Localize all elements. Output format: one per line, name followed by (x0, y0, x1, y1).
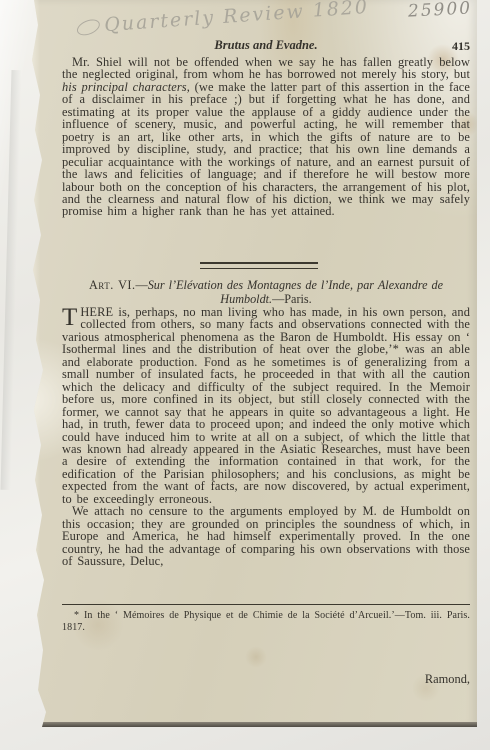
scanned-page: Quarterly Review 1820 25900 Brutus and E… (28, 0, 477, 727)
article-dash: — (136, 278, 148, 292)
paragraph-brutus-evadne: Mr. Shiel will not be offended when we s… (62, 56, 470, 218)
paragraph-no-censure: We attach no censure to the arguments em… (62, 505, 470, 567)
article-place: —Paris. (272, 292, 312, 306)
pencil-flourish-mark (75, 16, 102, 38)
paragraph1-post: , (we make the latter part of this asser… (62, 80, 470, 219)
page-number: 415 (62, 39, 470, 54)
article-number-label: Art. VI. (89, 278, 136, 292)
footnote-rule (62, 604, 470, 605)
pencil-inscription-title: Quarterly Review 1820 (76, 0, 370, 38)
article-body: THERE is, perhaps, no man living who has… (62, 306, 470, 568)
backing-sheet-streak (1, 70, 22, 490)
article-heading: Art. VI.—Sur l’Elévation des Montagnes d… (62, 279, 470, 306)
drop-cap-T: T (62, 306, 80, 328)
pencil-inscription-number: 25900 (408, 0, 473, 22)
pencil-title-text: Quarterly Review 1820 (104, 0, 370, 36)
catchword: Ramond, (62, 672, 470, 687)
footnote: * In the ‘ Mémoires de Physique et de Ch… (62, 610, 470, 633)
section-divider-double-rule (200, 262, 318, 269)
scan-canvas: { "colors": { "paper": "#d9d3bf", "ink":… (0, 0, 490, 750)
paragraph-humboldt-intro: THERE is, perhaps, no man living who has… (62, 306, 470, 505)
footnote-text: In the ‘ Mémoires de Physique et de Chim… (62, 610, 470, 633)
paragraph2-text: is, perhaps, no man living who has made,… (62, 305, 470, 506)
paragraph1-pre: Mr. Shiel will not be offended when we s… (62, 55, 470, 81)
